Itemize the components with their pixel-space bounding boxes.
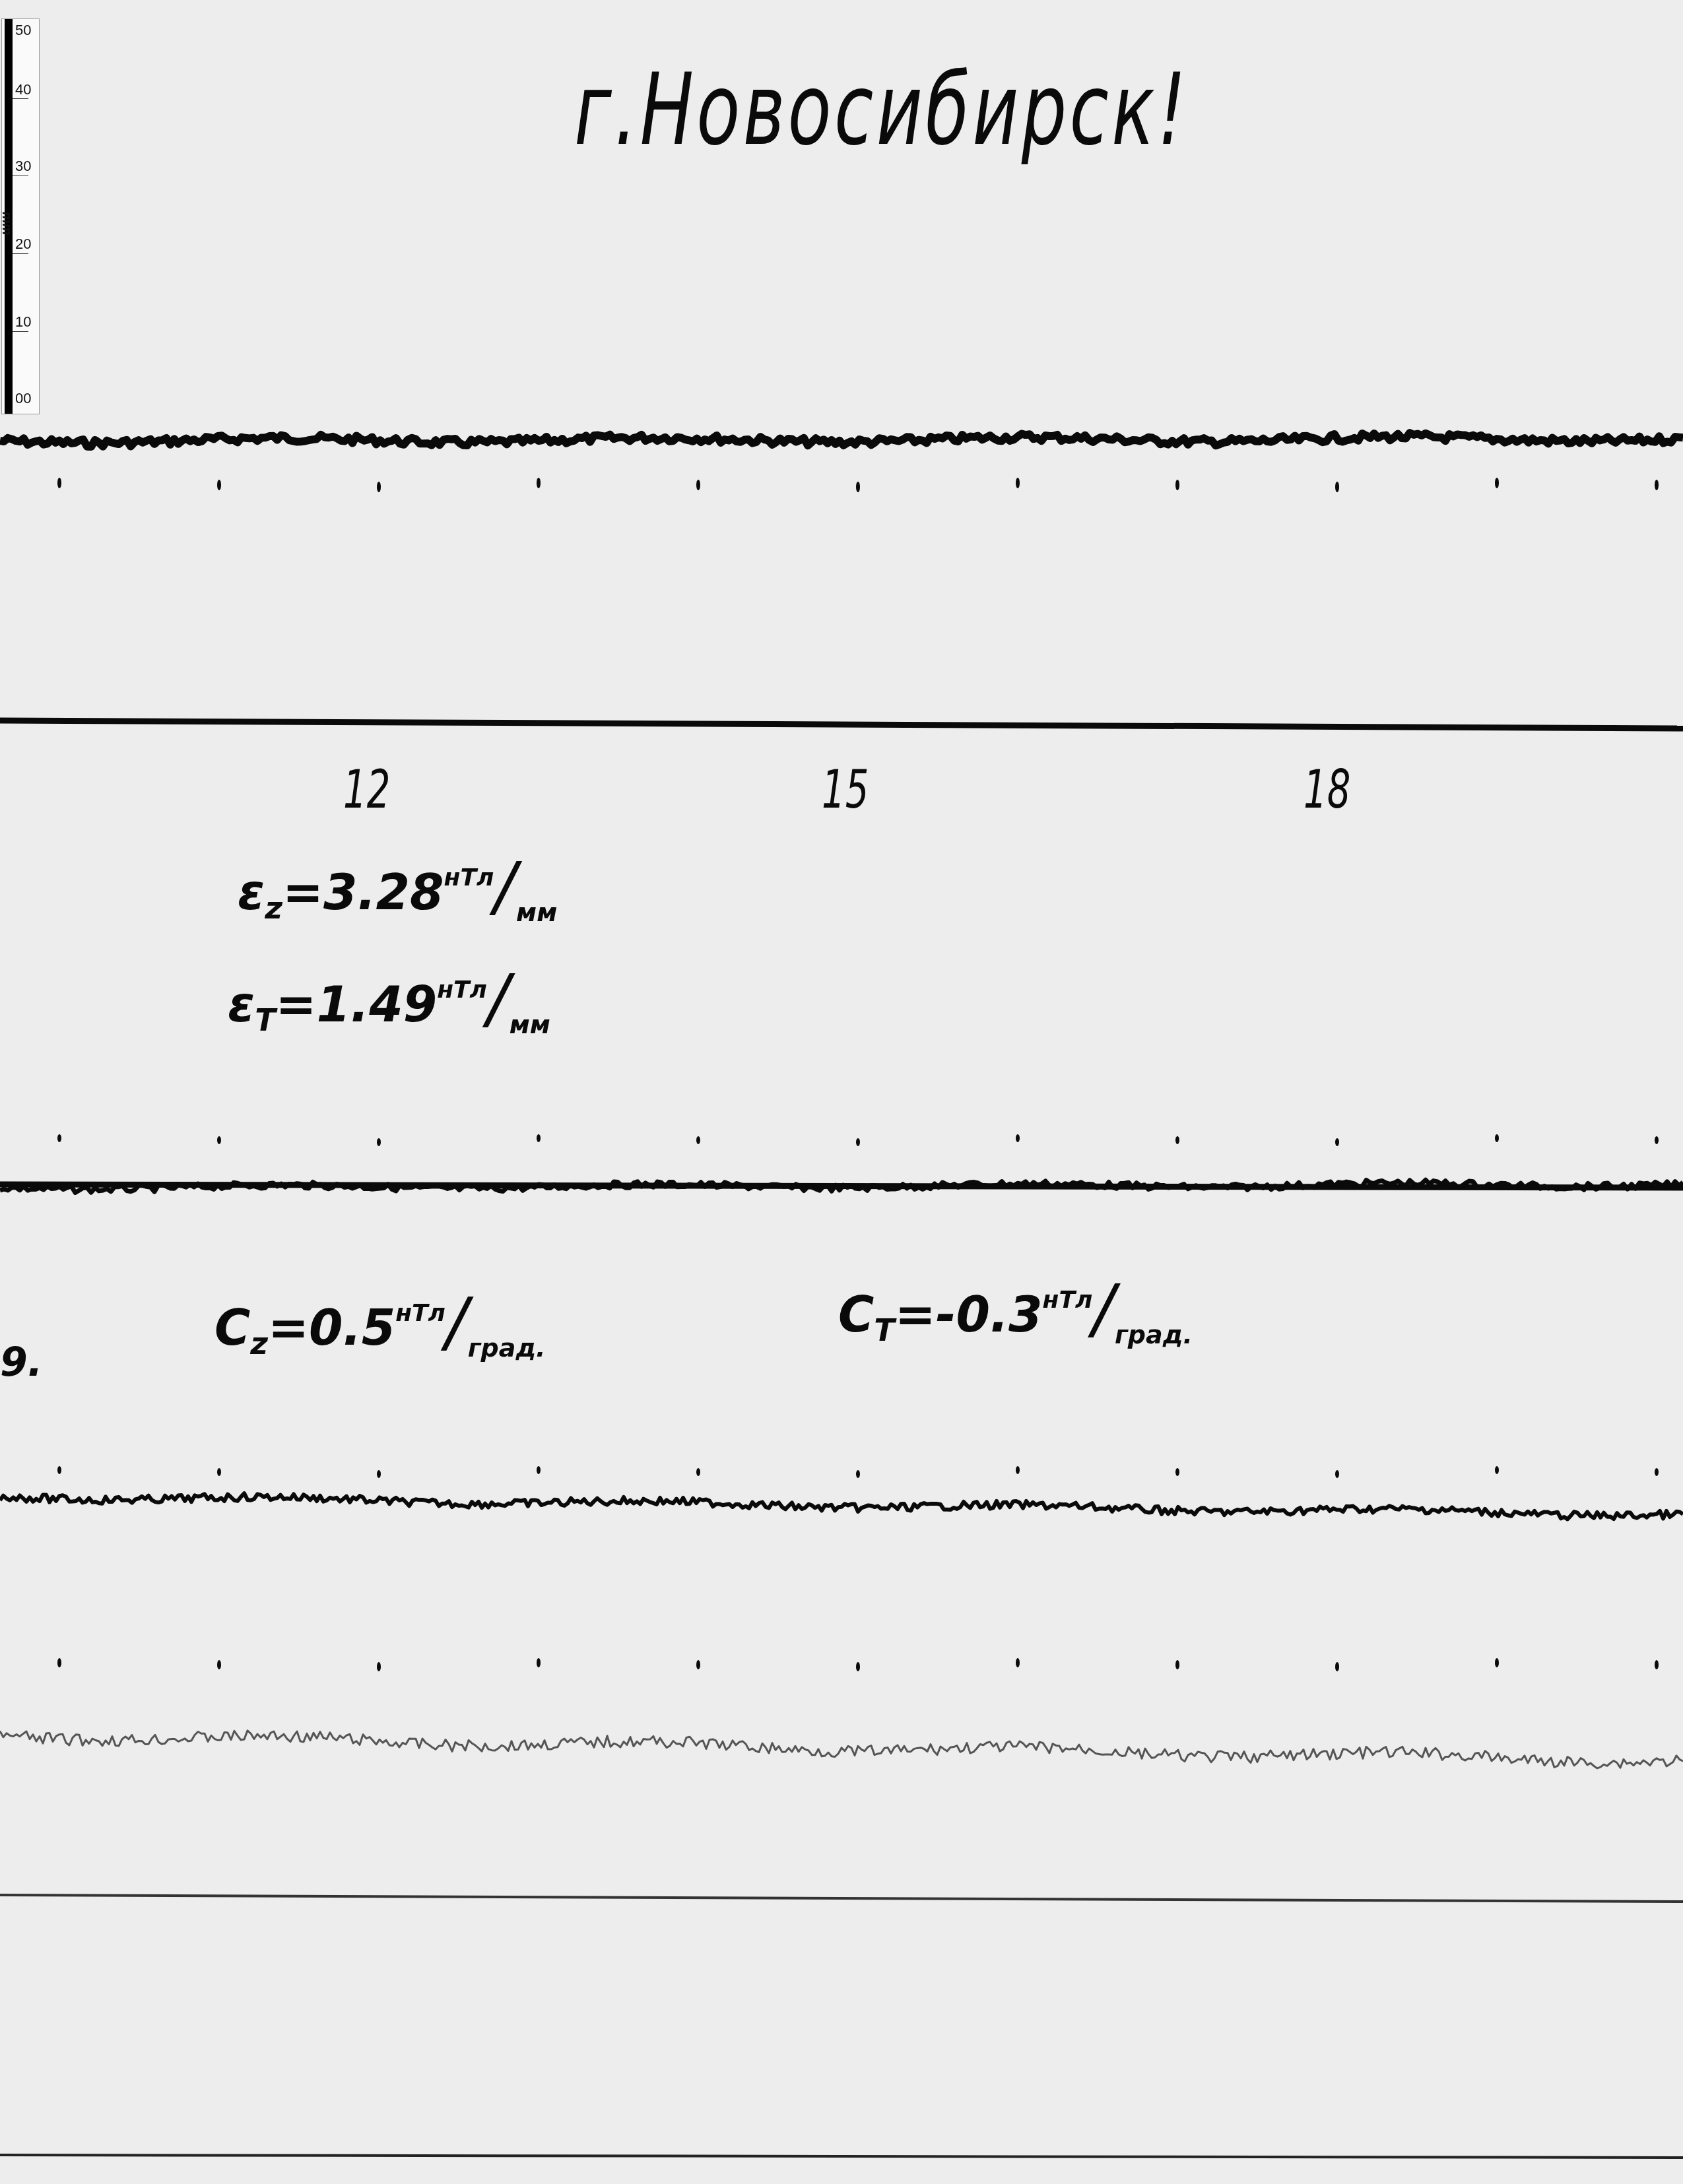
epsilon-t-formula: εT=1.49нТл/мм xyxy=(228,960,550,1039)
hour-mark xyxy=(1175,1136,1179,1144)
hour-mark xyxy=(1016,1658,1020,1667)
hour-mark xyxy=(1655,1660,1659,1669)
baseline-2 xyxy=(0,1895,1683,1902)
hour-mark xyxy=(1495,1658,1499,1667)
magnetogram-sheet: 50 40 30 mm 20 10 00 г.Новосибирск! 12 1… xyxy=(0,0,1683,2184)
hour-mark xyxy=(1335,1662,1339,1671)
hour-mark xyxy=(217,1468,221,1476)
c-z-per: град. xyxy=(468,1333,546,1363)
hour-mark xyxy=(1175,480,1179,490)
hour-mark xyxy=(1655,1468,1659,1476)
hour-mark xyxy=(696,480,700,490)
hour-mark xyxy=(1016,478,1020,488)
c-z-symbol: C xyxy=(214,1300,250,1357)
hour-mark xyxy=(57,1466,61,1474)
c-z-sub: z xyxy=(250,1326,268,1361)
hour-mark xyxy=(377,482,381,492)
hour-mark xyxy=(1335,1470,1339,1478)
hour-label-15: 15 xyxy=(822,759,869,820)
hour-mark xyxy=(217,480,221,490)
trace-4 xyxy=(0,1731,1683,1768)
margin-mark: 9. xyxy=(0,1339,43,1386)
c-t-symbol: C xyxy=(838,1287,874,1343)
hour-mark xyxy=(377,1138,381,1146)
c-t-formula: CT=-0.3нТл/град. xyxy=(838,1270,1193,1349)
c-t-sub: T xyxy=(874,1312,894,1348)
c-t-per: град. xyxy=(1115,1320,1193,1349)
hour-mark xyxy=(1655,480,1659,490)
hour-mark xyxy=(57,478,61,488)
hour-mark xyxy=(1175,1660,1179,1669)
epsilon-t-sub: T xyxy=(255,1002,275,1038)
hour-mark xyxy=(1016,1466,1020,1474)
c-z-unit: нТл xyxy=(395,1300,445,1327)
hour-mark xyxy=(856,1662,860,1671)
epsilon-z-value: =3.28 xyxy=(282,864,444,921)
fraction-slash: / xyxy=(445,1283,468,1361)
baseline-1 xyxy=(0,721,1683,728)
hour-mark xyxy=(217,1136,221,1144)
fraction-slash: / xyxy=(487,960,510,1037)
c-z-formula: Cz=0.5нТл/град. xyxy=(214,1283,546,1363)
epsilon-t-symbol: ε xyxy=(228,977,255,1033)
epsilon-z-unit: нТл xyxy=(444,864,494,891)
hour-mark xyxy=(57,1658,61,1667)
hour-mark xyxy=(696,1136,700,1144)
epsilon-t-value: =1.49 xyxy=(276,977,438,1033)
c-t-unit: нТл xyxy=(1043,1287,1093,1314)
hour-mark xyxy=(1495,478,1499,488)
magnetogram-traces xyxy=(0,0,1683,2184)
hour-mark xyxy=(1495,1466,1499,1474)
hour-label-12: 12 xyxy=(343,759,390,820)
hour-mark xyxy=(377,1662,381,1671)
epsilon-z-per: мм xyxy=(516,898,557,927)
hour-mark xyxy=(537,1466,541,1474)
epsilon-t-unit: нТл xyxy=(437,977,487,1004)
trace-1 xyxy=(0,433,1683,447)
hour-mark xyxy=(1495,1134,1499,1142)
hour-mark xyxy=(1655,1136,1659,1144)
hour-mark xyxy=(1335,482,1339,492)
hour-mark xyxy=(217,1660,221,1669)
hour-mark xyxy=(57,1134,61,1142)
hour-mark xyxy=(856,482,860,492)
hour-label-18: 18 xyxy=(1303,759,1350,820)
hour-mark xyxy=(537,478,541,488)
hour-mark xyxy=(696,1660,700,1669)
epsilon-z-symbol: ε xyxy=(238,864,265,921)
c-z-value: =0.5 xyxy=(268,1300,395,1357)
epsilon-z-sub: z xyxy=(265,890,282,926)
epsilon-z-formula: εz=3.28нТл/мм xyxy=(238,848,557,927)
fraction-slash: / xyxy=(494,848,516,925)
hour-mark xyxy=(696,1468,700,1476)
hour-mark xyxy=(856,1470,860,1478)
hour-mark xyxy=(377,1470,381,1478)
trace-3 xyxy=(0,1493,1683,1519)
hour-mark xyxy=(1175,1468,1179,1476)
hour-mark xyxy=(1335,1138,1339,1146)
hour-mark xyxy=(537,1134,541,1142)
hour-mark xyxy=(1016,1134,1020,1142)
hour-mark xyxy=(856,1138,860,1146)
epsilon-t-per: мм xyxy=(510,1010,550,1039)
fraction-slash: / xyxy=(1092,1270,1115,1347)
sheet-bottom-edge xyxy=(0,2155,1683,2158)
hour-mark xyxy=(537,1658,541,1667)
c-t-value: =-0.3 xyxy=(895,1287,1043,1343)
